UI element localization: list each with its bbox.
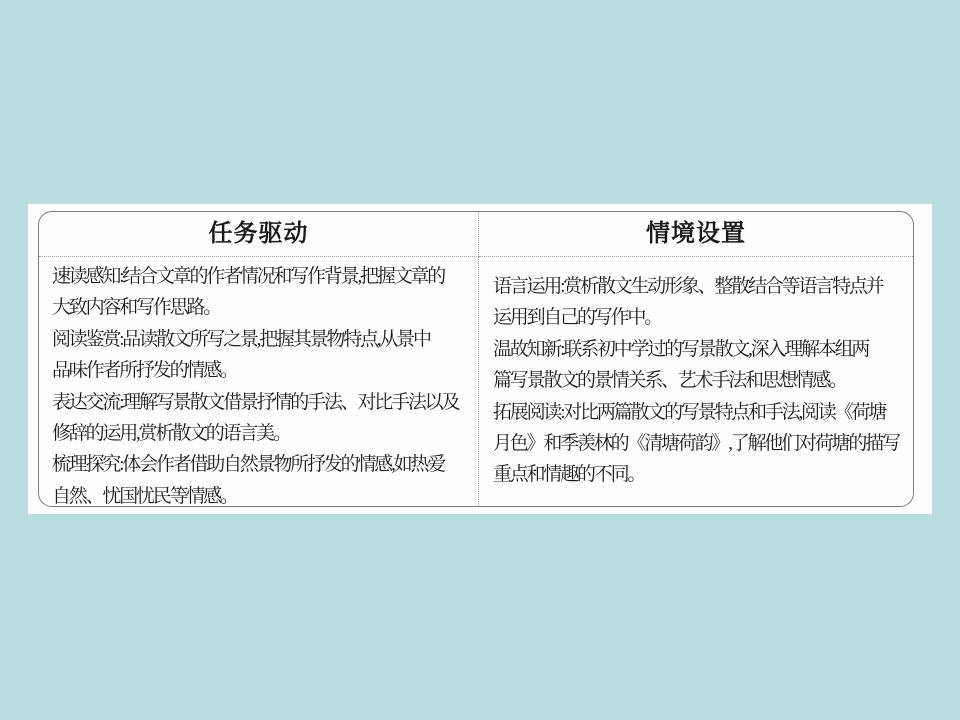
text-line: 表达交流:理解写景散文借景抒情的手法、对比手法以及 [52, 387, 478, 418]
situation-setup-cell: 语言运用:赏析散文生动形象、整散结合等语言特点并 运用到自己的写作中。 温故知新… [479, 257, 913, 506]
text-line: 篇写景散文的景情关系、艺术手法和思想情感。 [493, 365, 913, 396]
text-line: 月色》和季羡林的《清塘荷韵》,了解他们对荷塘的描写 [493, 428, 913, 459]
content-panel: 任务驱动 情境设置 速读感知:结合文章的作者情况和写作背景,把握文章的 大致内容… [28, 204, 932, 514]
column-header-situation-setup: 情境设置 [479, 212, 913, 257]
text-line: 速读感知:结合文章的作者情况和写作背景,把握文章的 [52, 261, 478, 292]
text-line: 重点和情趣的不同。 [493, 459, 913, 490]
text-line: 梳理探究:体会作者借助自然景物所抒发的情感,如热爱 [52, 449, 478, 480]
text-line: 运用到自己的写作中。 [493, 302, 913, 333]
text-line: 阅读鉴赏:品读散文所写之景,把握其景物特点,从景中 [52, 324, 478, 355]
slide-background: 任务驱动 情境设置 速读感知:结合文章的作者情况和写作背景,把握文章的 大致内容… [0, 0, 960, 720]
text-line: 修辞的运用,赏析散文的语言美。 [52, 418, 478, 449]
text-line: 温故知新:联系初中学过的写景散文,深入理解本组两 [493, 334, 913, 365]
two-column-table: 任务驱动 情境设置 速读感知:结合文章的作者情况和写作背景,把握文章的 大致内容… [38, 211, 914, 507]
column-header-task-drive: 任务驱动 [39, 212, 479, 257]
text-line: 语言运用:赏析散文生动形象、整散结合等语言特点并 [493, 271, 913, 302]
task-drive-cell: 速读感知:结合文章的作者情况和写作背景,把握文章的 大致内容和写作思路。 阅读鉴… [39, 257, 479, 506]
text-line: 拓展阅读:对比两篇散文的写景特点和手法,阅读《荷塘 [493, 397, 913, 428]
text-line: 品味作者所抒发的情感。 [52, 355, 478, 386]
text-line: 自然、忧国忧民等情感。 [52, 481, 478, 506]
text-line: 大致内容和写作思路。 [52, 292, 478, 323]
